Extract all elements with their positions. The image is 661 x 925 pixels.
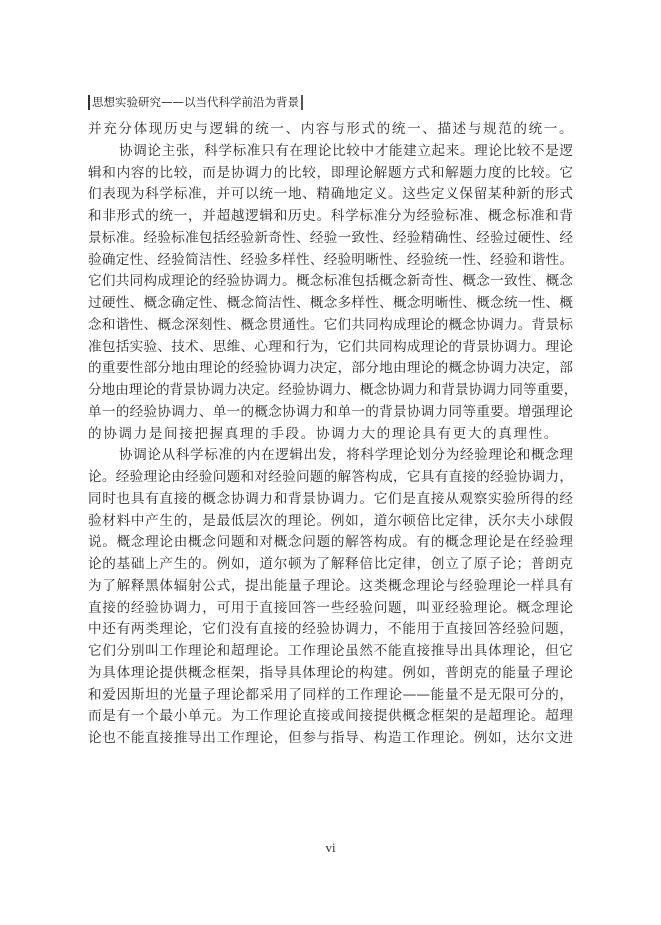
text-line: 的协调力是间接把握真理的手段。协调力大的理论具有更大的真理性。 (88, 424, 573, 446)
text-line: 它们分别叫工作理论和超理论。工作理论虽然不能直接推导出具体理论，但它 (88, 641, 573, 663)
text-line: 和非形式的统一，并超越逻辑和历史。科学标准分为经验标准、概念标准和背 (88, 206, 573, 228)
paragraph-coordination-standards: 协调论主张，科学标准只有在理论比较中才能建立起来。理论比较不是逻 辑和内容的比较… (88, 141, 573, 446)
text-line: 同时也具有直接的概念协调力和背景协调力。它们是直接从观察实验所得的经 (88, 489, 573, 511)
page-number: vi (0, 840, 661, 856)
text-line: 分地由理论的背景协调力决定。经验协调力、概念协调力和背景协调力同等重要， (88, 380, 573, 402)
text-line: 念和谐性、概念深刻性、概念贯通性。它们共同构成理论的概念协调力。背景标 (88, 315, 573, 337)
text-line: 过硬性、概念确定性、概念简洁性、概念多样性、概念明晰性、概念统一性、概 (88, 293, 573, 315)
text-line: 验确定性、经验简洁性、经验多样性、经验明晰性、经验统一性、经验和谐性。 (88, 250, 573, 272)
text-line: 景标准。经验标准包括经验新奇性、经验一致性、经验精确性、经验过硬性、经 (88, 228, 573, 250)
text-line: 中还有两类理论，它们没有直接的经验协调力，不能用于直接回答经验问题， (88, 619, 573, 641)
text-line: 并充分体现历史与逻辑的统一、内容与形式的统一、描述与规范的统一。 (88, 119, 573, 141)
header-left-rule (88, 95, 90, 110)
running-header-title: 思想实验研究——以当代科学前沿为背景 (92, 94, 299, 110)
body-text: 并充分体现历史与逻辑的统一、内容与形式的统一、描述与规范的统一。 协调论主张，科… (88, 119, 573, 750)
text-line: 协调论主张，科学标准只有在理论比较中才能建立起来。理论比较不是逻 (88, 141, 573, 163)
text-line: 们表现为科学标准，并可以统一地、精确地定义。这些定义保留某种新的形式 (88, 184, 573, 206)
text-line: 单一的经验协调力、单一的概念协调力和单一的背景协调力同等重要。增强理论 (88, 402, 573, 424)
text-line: 直接的经验协调力，可用于直接回答一些经验问题，叫亚经验理论。概念理论 (88, 598, 573, 620)
text-line: 的重要性部分地由理论的经验协调力决定，部分地由理论的概念协调力决定，部 (88, 358, 573, 380)
running-header: 思想实验研究——以当代科学前沿为背景 (88, 94, 303, 110)
paragraph-continuation: 并充分体现历史与逻辑的统一、内容与形式的统一、描述与规范的统一。 (88, 119, 573, 141)
text-line: 和爱因斯坦的光量子理论都采用了同样的工作理论——能量不是无限可分的， (88, 685, 573, 707)
header-right-rule (301, 95, 303, 110)
text-line: 辑和内容的比较，而是协调力的比较，即理论解题方式和解题力度的比较。它 (88, 163, 573, 185)
text-line: 为了解释黑体辐射公式，提出能量子理论。这类概念理论与经验理论一样具有 (88, 576, 573, 598)
paragraph-theory-classification: 协调论从科学标准的内在逻辑出发，将科学理论划分为经验理论和概念理 论。经验理论由… (88, 445, 573, 750)
text-line: 说。概念理论由概念问题和对概念问题的解答构成。有的概念理论是在经验理 (88, 532, 573, 554)
text-line: 它们共同构成理论的经验协调力。概念标准包括概念新奇性、概念一致性、概念 (88, 271, 573, 293)
text-line: 论的基础上产生的。例如，道尔顿为了解释倍比定律，创立了原子论；普朗克 (88, 554, 573, 576)
text-line: 协调论从科学标准的内在逻辑出发，将科学理论划分为经验理论和概念理 (88, 445, 573, 467)
text-line: 论。经验理论由经验问题和对经验问题的解答构成，它具有直接的经验协调力， (88, 467, 573, 489)
text-line: 论也不能直接推导出工作理论，但参与指导、构造工作理论。例如，达尔文进 (88, 728, 573, 750)
text-line: 准包括实验、技术、思维、心理和行为，它们共同构成理论的背景协调力。理论 (88, 337, 573, 359)
text-line: 验材料中产生的，是最低层次的理论。例如，道尔顿倍比定律，沃尔夫小球假 (88, 511, 573, 533)
text-line: 而是有一个最小单元。为工作理论直接或间接提供概念框架的是超理论。超理 (88, 706, 573, 728)
text-line: 为具体理论提供概念框架，指导具体理论的构建。例如，普朗克的能量子理论 (88, 663, 573, 685)
document-page: 思想实验研究——以当代科学前沿为背景 并充分体现历史与逻辑的统一、内容与形式的统… (0, 0, 661, 925)
